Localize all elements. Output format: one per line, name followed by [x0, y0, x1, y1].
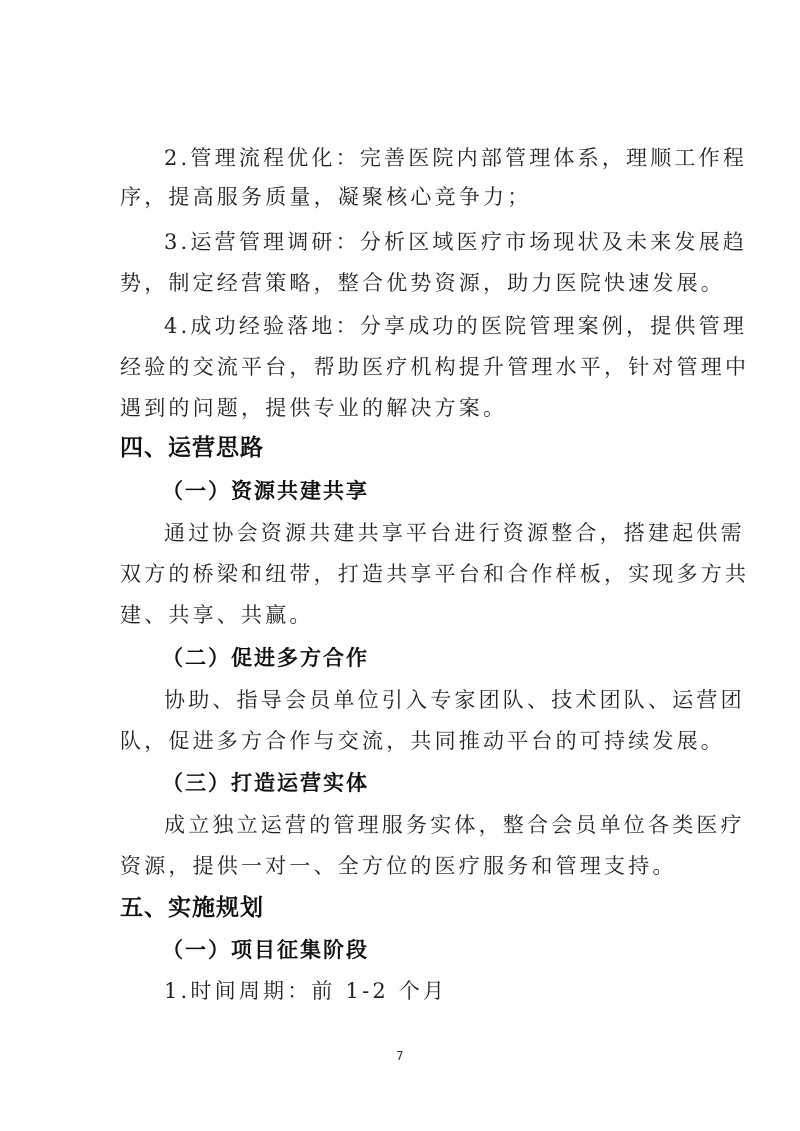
document-page: 2.管理流程优化：完善医院内部管理体系，理顺工作程 序，提高服务质量，凝聚核心竞…	[0, 0, 800, 1131]
paragraph-line: 队，促进多方合作与交流，共同推动平台的可持续发展。	[120, 726, 725, 756]
paragraph-line: 双方的桥梁和纽带，打造共享平台和合作样板，实现多方共	[120, 559, 749, 589]
subsection-heading: （一）资源共建共享	[162, 476, 369, 506]
paragraph-line: 建、共享、共赢。	[120, 600, 314, 630]
section-heading-4: 四、运营思路	[120, 433, 264, 463]
page-number: 7	[396, 1049, 404, 1063]
paragraph-line: 序，提高服务质量，凝聚核心竞争力；	[120, 182, 531, 212]
paragraph-line: 经验的交流平台，帮助医疗机构提升管理水平，针对管理中	[120, 352, 749, 382]
paragraph-line: 2.管理流程优化：完善医院内部管理体系，理顺工作程	[164, 143, 747, 173]
paragraph-line: 通过协会资源共建共享平台进行资源整合，搭建起供需	[164, 518, 745, 548]
subsection-heading: （二）促进多方合作	[162, 643, 369, 673]
paragraph-line: 遇到的问题，提供专业的解决方案。	[120, 393, 507, 423]
subsection-heading: （一）项目征集阶段	[162, 935, 369, 965]
section-heading-5: 五、实施规划	[120, 893, 264, 923]
paragraph-line: 1.时间周期：前 1-2 个月	[164, 976, 447, 1006]
paragraph-line: 资源，提供一对一、全方位的医疗服务和管理支持。	[120, 851, 677, 881]
paragraph-line: 3.运营管理调研：分析区域医疗市场现状及未来发展趋	[164, 227, 747, 257]
paragraph-line: 协助、指导会员单位引入专家团队、技术团队、运营团	[164, 685, 745, 715]
subsection-heading: （三）打造运营实体	[162, 768, 369, 798]
paragraph-line: 成立独立运营的管理服务实体，整合会员单位各类医疗	[164, 810, 745, 840]
paragraph-line: 4.成功经验落地：分享成功的医院管理案例，提供管理	[164, 311, 747, 341]
paragraph-line: 势，制定经营策略，整合优势资源，助力医院快速发展。	[120, 268, 725, 298]
